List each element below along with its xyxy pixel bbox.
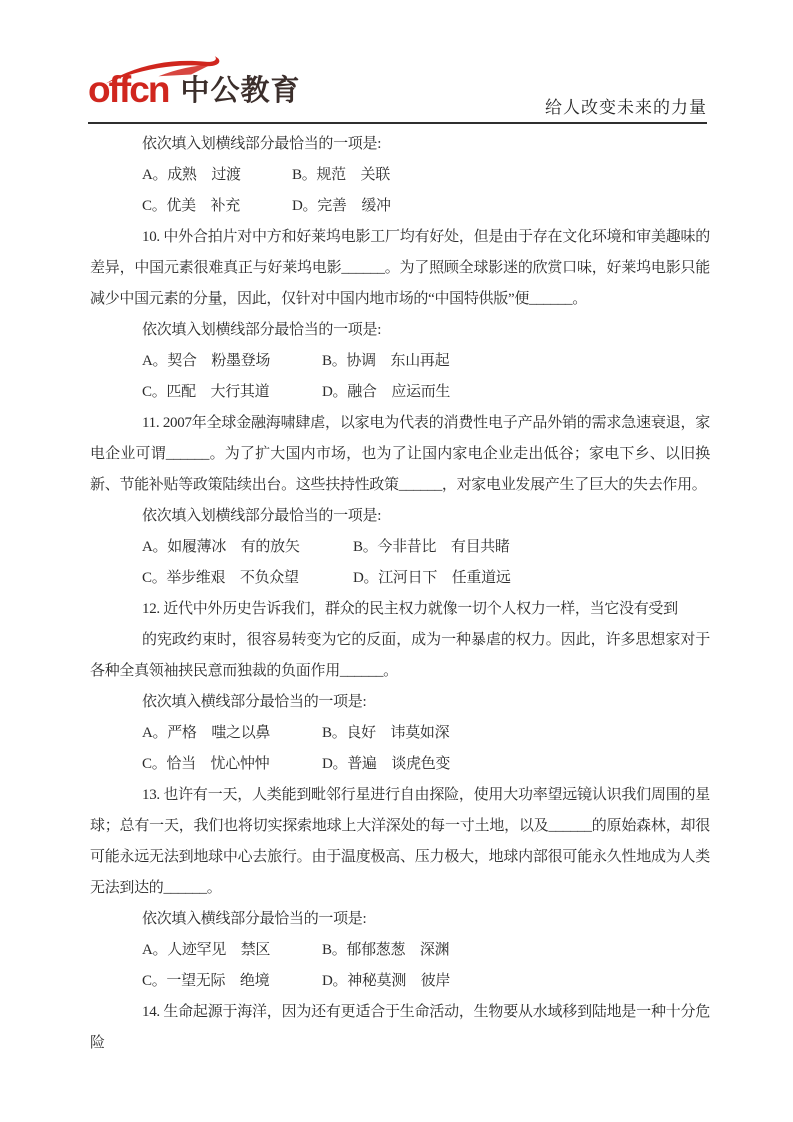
header-tagline: 给人改变未来的力量 xyxy=(545,93,707,118)
question-12-text-line1: 12. 近代中外历史告诉我们，群众的民主权力就像一切个人权力一样，当它没有受到 xyxy=(90,594,710,625)
option-d: D。普遍 谈虎色变 xyxy=(322,749,710,780)
option-a: A。严格 嗤之以鼻 xyxy=(142,718,322,749)
option-d: D。神秘莫测 彼岸 xyxy=(322,966,710,997)
options-row-cd: C。一望无际 绝境 D。神秘莫测 彼岸 xyxy=(90,966,710,997)
document-page: offcn 中公教育 给人改变未来的力量 依次填入划横线部分最恰当的一项是: A… xyxy=(0,0,793,1122)
options-row-ab: A。契合 粉墨登场 B。协调 东山再起 xyxy=(90,346,710,377)
offcn-logo: offcn 中公教育 xyxy=(88,66,300,107)
options-row-cd: C。匹配 大行其道 D。融合 应运而生 xyxy=(90,377,710,408)
question-12-text-line2: 的宪政约束时，很容易转变为它的反面，成为一种暴虐的权力。因此，许多思想家对于各种… xyxy=(90,625,710,687)
options-row-ab: A。人迹罕见 禁区 B。郁郁葱葱 深渊 xyxy=(90,935,710,966)
fill-blank-prompt: 依次填入划横线部分最恰当的一项是: xyxy=(90,315,710,346)
options-row-cd: C。举步维艰 不负众望 D。江河日下 任重道远 xyxy=(90,563,710,594)
option-b: B。郁郁葱葱 深渊 xyxy=(322,935,710,966)
fill-blank-prompt: 依次填入横线部分最恰当的一项是: xyxy=(90,687,710,718)
option-c: C。恰当 忧心忡忡 xyxy=(142,749,322,780)
option-a: A。人迹罕见 禁区 xyxy=(142,935,322,966)
question-14-block: 14. 生命起源于海洋，因为还有更适合于生命活动，生物要从水域移到陆地是一种十分… xyxy=(90,997,710,1059)
option-b: B。今非昔比 有目共睹 xyxy=(353,532,710,563)
question-9-options-block: 依次填入划横线部分最恰当的一项是: A。成熟 过渡 B。规范 关联 C。优美 补… xyxy=(90,129,710,222)
option-c: C。匹配 大行其道 xyxy=(142,377,322,408)
question-10-block: 10. 中外合拍片对中方和好莱坞电影工厂均有好处，但是由于存在文化环境和审美趣味… xyxy=(90,222,710,408)
option-d: D。融合 应运而生 xyxy=(322,377,710,408)
question-12-block: 12. 近代中外历史告诉我们，群众的民主权力就像一切个人权力一样，当它没有受到 … xyxy=(90,594,710,780)
page-header: offcn 中公教育 给人改变未来的力量 xyxy=(0,0,793,124)
fill-blank-prompt: 依次填入划横线部分最恰当的一项是: xyxy=(90,501,710,532)
options-row-cd: C。恰当 忧心忡忡 D。普遍 谈虎色变 xyxy=(90,749,710,780)
option-b: B。协调 东山再起 xyxy=(322,346,710,377)
header-divider xyxy=(88,122,707,124)
fill-blank-prompt: 依次填入划横线部分最恰当的一项是: xyxy=(90,129,710,160)
question-13-block: 13. 也许有一天，人类能到毗邻行星进行自由探险，使用大功率望远镜认识我们周围的… xyxy=(90,780,710,997)
option-c: C。优美 补充 xyxy=(142,191,292,222)
fill-blank-prompt: 依次填入横线部分最恰当的一项是: xyxy=(90,904,710,935)
options-row-cd: C。优美 补充 D。完善 缓冲 xyxy=(90,191,710,222)
question-10-text: 10. 中外合拍片对中方和好莱坞电影工厂均有好处，但是由于存在文化环境和审美趣味… xyxy=(90,222,710,315)
question-content: 依次填入划横线部分最恰当的一项是: A。成熟 过渡 B。规范 关联 C。优美 补… xyxy=(90,129,710,1059)
options-row-ab: A。成熟 过渡 B。规范 关联 xyxy=(90,160,710,191)
option-d: D。江河日下 任重道远 xyxy=(353,563,710,594)
options-row-ab: A。严格 嗤之以鼻 B。良好 讳莫如深 xyxy=(90,718,710,749)
question-11-block: 11. 2007年全球金融海啸肆虐，以家电为代表的消费性电子产品外销的需求急速衰… xyxy=(90,408,710,594)
option-d: D。完善 缓冲 xyxy=(292,191,710,222)
option-a: A。成熟 过渡 xyxy=(142,160,292,191)
question-13-text: 13. 也许有一天，人类能到毗邻行星进行自由探险，使用大功率望远镜认识我们周围的… xyxy=(90,780,710,904)
question-11-text: 11. 2007年全球金融海啸肆虐，以家电为代表的消费性电子产品外销的需求急速衰… xyxy=(90,408,710,501)
question-14-text: 14. 生命起源于海洋，因为还有更适合于生命活动，生物要从水域移到陆地是一种十分… xyxy=(90,997,710,1059)
option-a: A。如履薄冰 有的放矢 xyxy=(142,532,353,563)
option-a: A。契合 粉墨登场 xyxy=(142,346,322,377)
option-c: C。举步维艰 不负众望 xyxy=(142,563,353,594)
option-b: B。规范 关联 xyxy=(292,160,710,191)
option-b: B。良好 讳莫如深 xyxy=(322,718,710,749)
options-row-ab: A。如履薄冰 有的放矢 B。今非昔比 有目共睹 xyxy=(90,532,710,563)
logo-swoosh-icon xyxy=(104,52,222,86)
option-c: C。一望无际 绝境 xyxy=(142,966,322,997)
offcn-logo-latin-wrap: offcn xyxy=(88,66,168,107)
